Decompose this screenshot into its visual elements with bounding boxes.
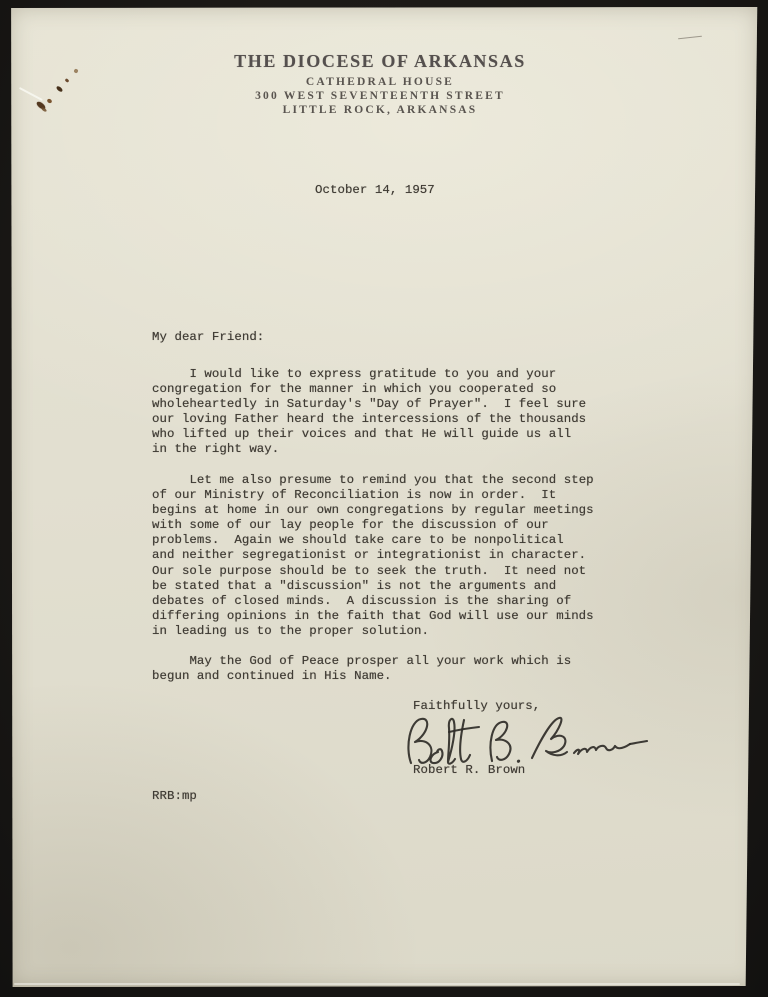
scanned-letter: The Diocese of Arkansas Cathedral House … — [0, 0, 768, 997]
letterhead: The Diocese of Arkansas Cathedral House … — [10, 51, 750, 117]
signature-robt-r-brown — [402, 711, 652, 771]
reference-initials: RRB:mp — [152, 789, 197, 804]
salutation: My dear Friend: — [152, 330, 264, 345]
letterhead-address-line-2: 300 West Seventeenth Street — [10, 89, 750, 103]
date-line: October 14, 1957 — [315, 183, 435, 198]
letter-paper: The Diocese of Arkansas Cathedral House … — [10, 7, 758, 987]
handwritten-signature — [402, 711, 652, 771]
letterhead-organization: The Diocese of Arkansas — [10, 51, 750, 72]
body-paragraph-3: May the God of Peace prosper all your wo… — [152, 654, 622, 684]
body-paragraph-1: I would like to express gratitude to you… — [152, 367, 622, 458]
body-paragraph-2: Let me also presume to remind you that t… — [152, 473, 622, 639]
typed-signature-name: Robert R. Brown — [413, 763, 525, 778]
letterhead-address-line-1: Cathedral House — [10, 75, 750, 89]
paper-scratch — [678, 36, 702, 40]
letterhead-address-line-3: Little Rock, Arkansas — [10, 103, 750, 117]
